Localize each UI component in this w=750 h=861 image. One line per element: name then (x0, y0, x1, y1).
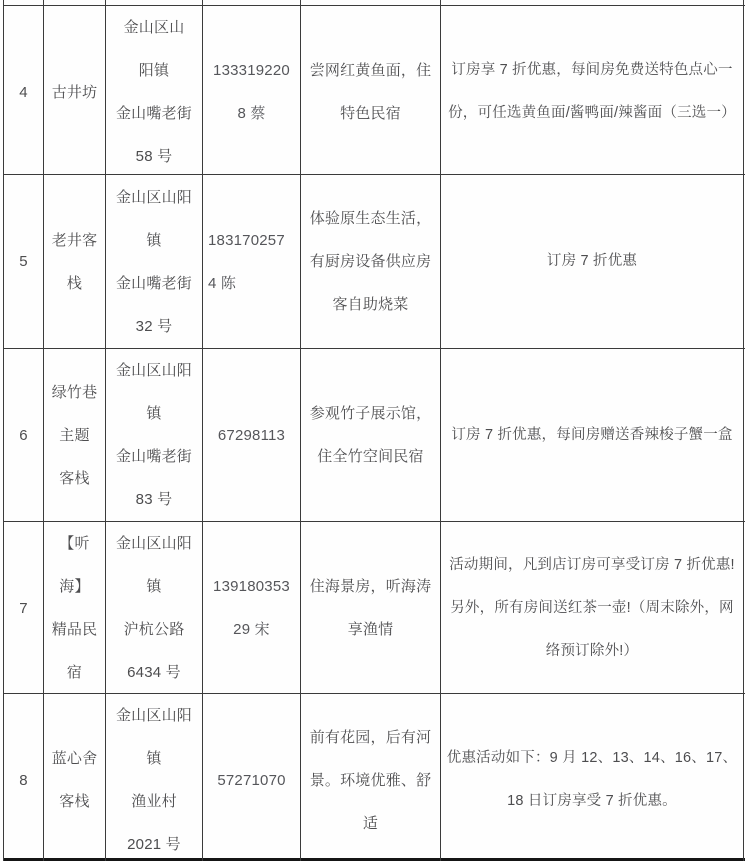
cell-row-number: 4 (4, 6, 44, 178)
cell-homestay-name: 蓝心舍 客栈 (44, 694, 106, 861)
cell-feature: 体验原生态生活， 有厨房设备供应房 客自助烧菜 (301, 175, 441, 348)
cell-homestay-name: 绿竹巷 主题 客栈 (44, 349, 106, 521)
address: 金山区山阳 镇 沪杭公路 6434 号 (106, 522, 202, 694)
cell-feature: 前有花园，后有河 景。环境优雅、舒 适 (301, 694, 441, 861)
sliver-cell (301, 0, 441, 5)
cell-phone: 67298113 (203, 349, 301, 521)
document-page: 4 古井坊 金山区山 阳镇 金山嘴老街 58 号 133319220 8 蔡 尝… (0, 0, 750, 861)
homestay-name: 【听 海】 精品民 宿 (44, 522, 105, 694)
cell-homestay-name: 古井坊 (44, 6, 106, 178)
address: 金山区山阳 镇 金山嘴老街 32 号 (106, 176, 202, 348)
sliver-cell (4, 0, 44, 5)
homestay-discount-table: 4 古井坊 金山区山 阳镇 金山嘴老街 58 号 133319220 8 蔡 尝… (3, 0, 745, 861)
phone-contact: 57271070 (203, 759, 300, 802)
homestay-name: 绿竹巷 主题 客栈 (44, 371, 105, 500)
homestay-name: 古井坊 (44, 71, 105, 114)
cell-feature: 参观竹子展示馆， 住全竹空间民宿 (301, 349, 441, 521)
cell-address: 金山区山 阳镇 金山嘴老街 58 号 (106, 6, 203, 178)
sliver-cell (203, 0, 301, 5)
sliver-cell (106, 0, 203, 5)
cell-offer: 订房 7 折优惠 (441, 175, 744, 348)
feature-description: 前有花园，后有河 景。环境优雅、舒 适 (301, 716, 440, 845)
cell-feature: 住海景房，听海涛 享渔情 (301, 522, 441, 694)
cell-homestay-name: 【听 海】 精品民 宿 (44, 522, 106, 694)
cell-row-number: 5 (4, 175, 44, 348)
cell-feature: 尝网红黄鱼面，住 特色民宿 (301, 6, 441, 178)
cell-offer: 订房享 7 折优惠，每间房免费送特色点心一 份，可任选黄鱼面/酱鸭面/辣酱面（三… (441, 6, 744, 178)
table-row: 7 【听 海】 精品民 宿 金山区山阳 镇 沪杭公路 6434 号 139180… (4, 522, 745, 694)
cell-phone: 57271070 (203, 694, 301, 861)
cell-address: 金山区山阳 镇 金山嘴老街 83 号 (106, 349, 203, 521)
feature-description: 体验原生态生活， 有厨房设备供应房 客自助烧菜 (301, 197, 440, 326)
sliver-cell (441, 0, 744, 5)
cell-row-number: 7 (4, 522, 44, 694)
table-row: 8 蓝心舍 客栈 金山区山阳 镇 渔业村 2021 号 57271070 前有花… (4, 694, 745, 861)
feature-description: 尝网红黄鱼面，住 特色民宿 (301, 49, 440, 135)
address: 金山区山阳 镇 金山嘴老街 83 号 (106, 349, 202, 521)
phone-contact: 183170257 4 陈 (203, 219, 300, 305)
cell-offer: 订房 7 折优惠，每间房赠送香辣梭子蟹一盒 (441, 349, 744, 521)
offer-description: 活动期间，凡到店订房可享受订房 7 折优惠! 另外，所有房间送红茶一壶!（周末除… (441, 544, 743, 673)
cell-address: 金山区山阳 镇 沪杭公路 6434 号 (106, 522, 203, 694)
cell-homestay-name: 老井客 栈 (44, 175, 106, 348)
row-number: 6 (4, 414, 43, 457)
cell-phone: 183170257 4 陈 (203, 175, 301, 348)
cell-phone: 133319220 8 蔡 (203, 6, 301, 178)
homestay-name: 蓝心舍 客栈 (44, 737, 105, 823)
offer-description: 订房 7 折优惠 (441, 240, 743, 283)
row-number: 8 (4, 759, 43, 802)
phone-contact: 139180353 29 宋 (203, 565, 300, 651)
cell-offer: 优惠活动如下：9 月 12、13、14、16、17、 18 日订房享受 7 折优… (441, 694, 744, 861)
offer-description: 订房 7 折优惠，每间房赠送香辣梭子蟹一盒 (441, 414, 743, 457)
table-row: 6 绿竹巷 主题 客栈 金山区山阳 镇 金山嘴老街 83 号 67298113 … (4, 349, 745, 522)
homestay-name: 老井客 栈 (44, 219, 105, 305)
table-row: 4 古井坊 金山区山 阳镇 金山嘴老街 58 号 133319220 8 蔡 尝… (4, 6, 745, 175)
table-row: 5 老井客 栈 金山区山阳 镇 金山嘴老街 32 号 183170257 4 陈… (4, 175, 745, 349)
cell-row-number: 6 (4, 349, 44, 521)
feature-description: 参观竹子展示馆， 住全竹空间民宿 (301, 392, 440, 478)
cell-offer: 活动期间，凡到店订房可享受订房 7 折优惠! 另外，所有房间送红茶一壶!（周末除… (441, 522, 744, 694)
cell-row-number: 8 (4, 694, 44, 861)
feature-description: 住海景房，听海涛 享渔情 (301, 565, 440, 651)
row-number: 4 (4, 71, 43, 114)
sliver-cell (44, 0, 106, 5)
cell-phone: 139180353 29 宋 (203, 522, 301, 694)
cell-address: 金山区山阳 镇 渔业村 2021 号 (106, 694, 203, 861)
phone-contact: 133319220 8 蔡 (203, 49, 300, 135)
offer-description: 优惠活动如下：9 月 12、13、14、16、17、 18 日订房享受 7 折优… (441, 737, 743, 823)
phone-contact: 67298113 (203, 414, 300, 457)
address: 金山区山阳 镇 渔业村 2021 号 (106, 694, 202, 861)
address: 金山区山 阳镇 金山嘴老街 58 号 (106, 6, 202, 178)
row-number: 7 (4, 587, 43, 630)
row-number: 5 (4, 240, 43, 283)
offer-description: 订房享 7 折优惠，每间房免费送特色点心一 份，可任选黄鱼面/酱鸭面/辣酱面（三… (441, 49, 743, 135)
cell-address: 金山区山阳 镇 金山嘴老街 32 号 (106, 175, 203, 348)
